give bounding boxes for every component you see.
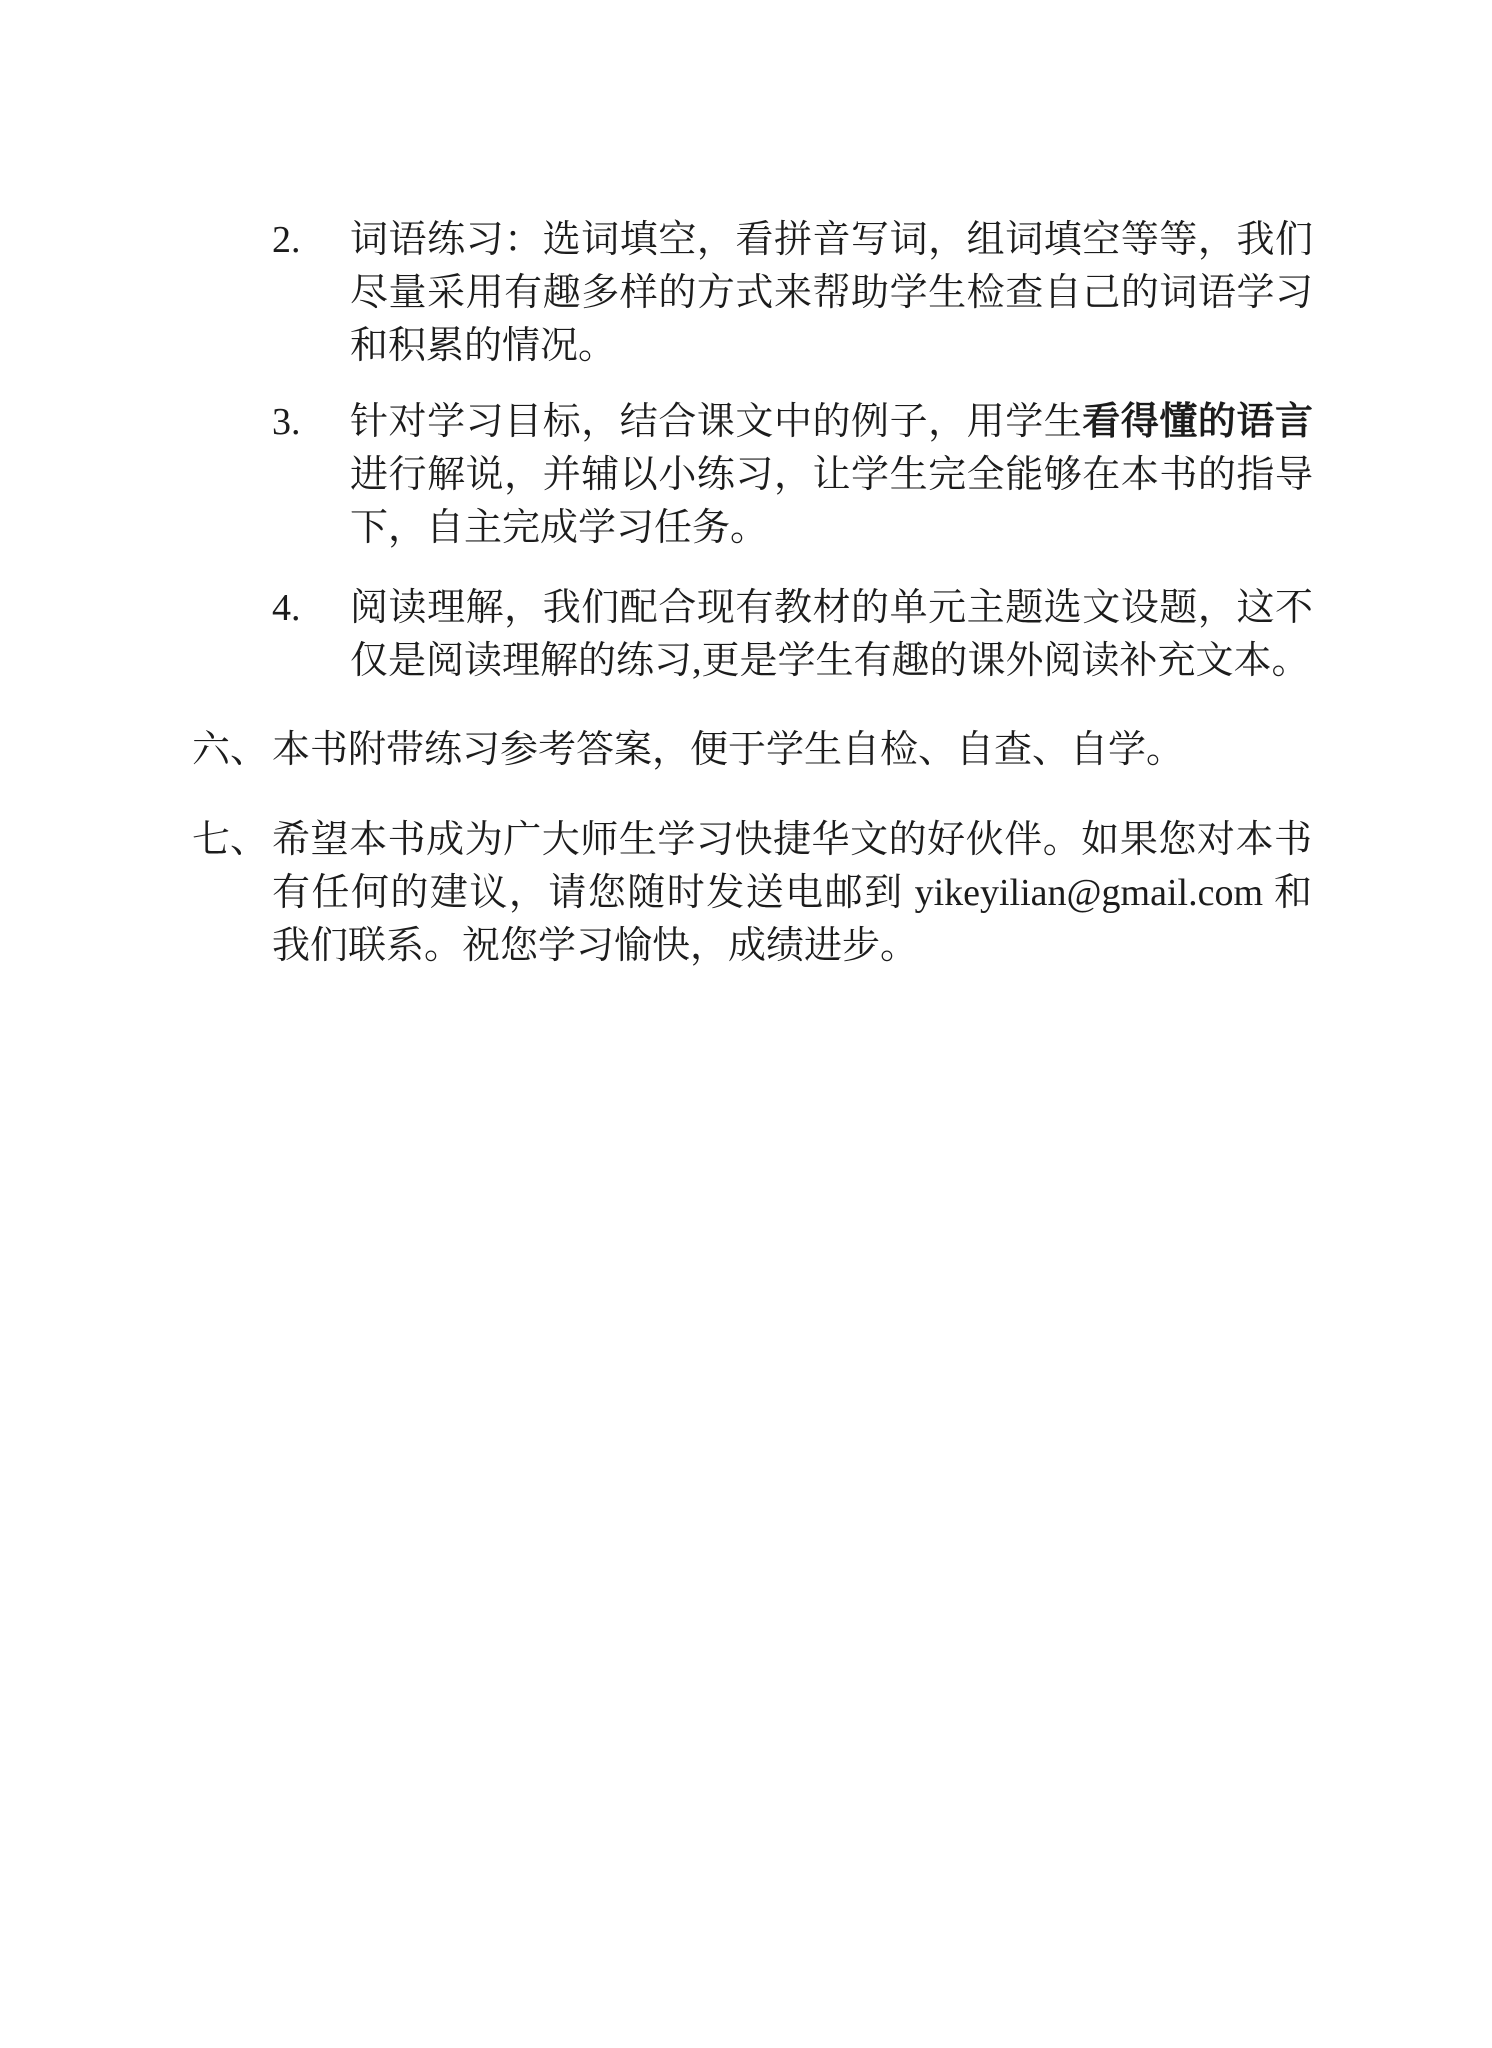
text-line: 和积累的情况。 [350,320,1313,373]
text-line: 希望本书成为广大师生学习快捷华文的好伙伴。如果您对本书 [272,814,1312,867]
item-number: 2. [272,214,350,267]
text-line: 进行解说，并辅以小练习，让学生完全能够在本书的指导 [350,449,1313,502]
text-run: 有任何的建议，请您随时发送电邮到 [272,872,915,914]
section-seven: 七、 希望本书成为广大师生学习快捷华文的好伙伴。如果您对本书 有任何的建议，请您… [0,814,1492,973]
bold-emphasis: 看得懂的语言 [1082,401,1313,443]
text-run: 和 [1263,872,1312,914]
text-line: 词语练习：选词填空，看拼音写词，组词填空等等，我们 [350,214,1313,267]
text-run: 针对学习目标，结合课文中的例子，用学生 [350,401,1082,443]
section-text: 希望本书成为广大师生学习快捷华文的好伙伴。如果您对本书 有任何的建议，请您随时发… [272,814,1312,973]
text-line: 阅读理解，我们配合现有教材的单元主题选文设题，这不 [350,582,1313,635]
email-address: yikeyilian@gmail.com [915,872,1263,914]
list-item-4: 4. 阅读理解，我们配合现有教材的单元主题选文设题，这不 仅是阅读理解的练习,更… [0,582,1492,688]
list-item-3: 3. 针对学习目标，结合课文中的例子，用学生看得懂的语言 进行解说，并辅以小练习… [0,396,1492,555]
text-line: 我们联系。祝您学习愉快，成绩进步。 [272,920,1312,973]
text-line: 针对学习目标，结合课文中的例子，用学生看得懂的语言 [350,396,1313,449]
text-line: 仅是阅读理解的练习,更是学生有趣的课外阅读补充文本。 [350,635,1313,688]
item-number: 4. [272,582,350,635]
text-line: 有任何的建议，请您随时发送电邮到 yikeyilian@gmail.com 和 [272,867,1312,920]
item-number: 3. [272,396,350,449]
list-item-2: 2. 词语练习：选词填空，看拼音写词，组词填空等等，我们 尽量采用有趣多样的方式… [0,214,1492,373]
item-text: 词语练习：选词填空，看拼音写词，组词填空等等，我们 尽量采用有趣多样的方式来帮助… [350,214,1313,373]
item-text: 针对学习目标，结合课文中的例子，用学生看得懂的语言 进行解说，并辅以小练习，让学… [350,396,1313,555]
item-text: 阅读理解，我们配合现有教材的单元主题选文设题，这不 仅是阅读理解的练习,更是学生… [350,582,1313,688]
page: 2. 词语练习：选词填空，看拼音写词，组词填空等等，我们 尽量采用有趣多样的方式… [0,0,1492,2048]
section-label: 七、 [192,814,272,867]
text-line: 下，自主完成学习任务。 [350,502,1313,555]
section-label: 六、 [192,724,272,777]
section-text: 本书附带练习参考答案，便于学生自检、自查、自学。 [272,724,1312,777]
section-six: 六、 本书附带练习参考答案，便于学生自检、自查、自学。 [0,724,1492,777]
text-line: 尽量采用有趣多样的方式来帮助学生检查自己的词语学习 [350,267,1313,320]
text-line: 本书附带练习参考答案，便于学生自检、自查、自学。 [272,724,1312,777]
